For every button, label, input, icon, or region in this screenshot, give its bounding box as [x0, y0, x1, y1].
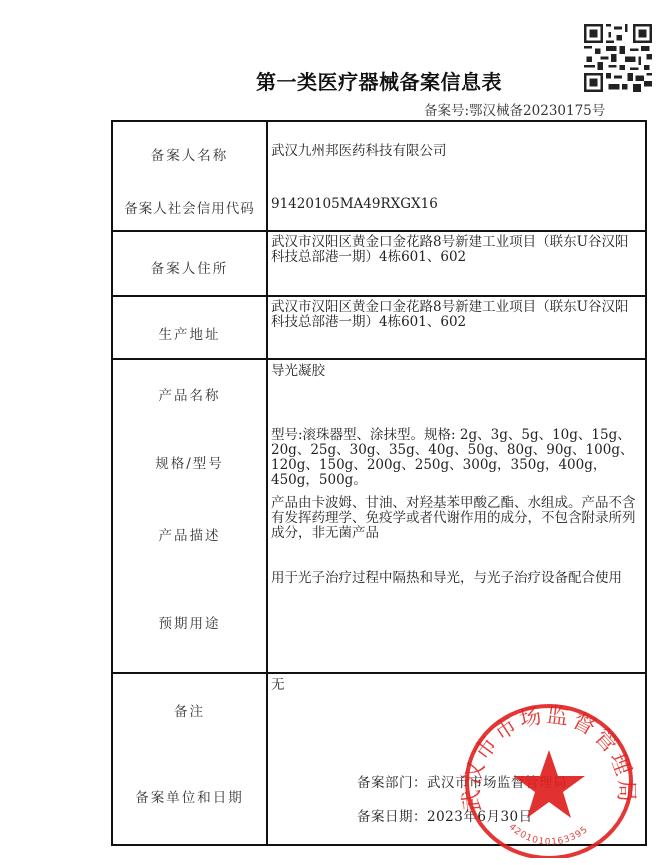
value-intended-use: 用于光子治疗过程中隔热和导光，与光子治疗设备配合使用: [271, 571, 641, 586]
row-divider: [113, 672, 645, 674]
qr-code-icon: [584, 24, 652, 92]
filing-department: 备案部门：武汉市市场监督管理局: [357, 771, 567, 791]
value-spec-model: 型号:滚珠器型、涂抹型。规格: 2g、3g、5g、10g、15g、20g、25g…: [271, 428, 641, 488]
label-applicant-name: 备案人名称: [113, 144, 266, 164]
filing-date: 备案日期：2023年6月30日: [357, 805, 533, 825]
label-spec-model: 规格/型号: [113, 452, 266, 472]
value-applicant-address: 武汉市汉阳区黄金口金花路8号新建工业项目（联东U谷汉阳科技总部港一期）4栋601…: [271, 235, 641, 265]
value-applicant-name: 武汉九州邦医药科技有限公司: [271, 144, 641, 159]
value-production-address: 武汉市汉阳区黄金口金花路8号新建工业项目（联东U谷汉阳科技总部港一期）4栋601…: [271, 300, 641, 330]
value-product-description: 产品由卡波姆、甘油、对羟基苯甲酸乙酯、水组成。产品不含有发挥药理学、免疫学或者代…: [271, 496, 641, 541]
label-intended-use: 预期用途: [113, 612, 266, 632]
row-divider: [113, 230, 645, 232]
label-production-address: 生产地址: [113, 323, 266, 343]
row-divider: [113, 295, 645, 297]
label-product-name: 产品名称: [113, 384, 266, 404]
label-credit-code: 备案人社会信用代码: [113, 197, 266, 217]
label-applicant-address: 备案人住所: [113, 257, 266, 277]
record-number: 备案号:鄂汉械备20230175号: [424, 99, 605, 119]
value-credit-code: 91420105MA49RXGX16: [271, 197, 641, 212]
record-table: 备案人名称 武汉九州邦医药科技有限公司 备案人社会信用代码 91420105MA…: [111, 120, 647, 846]
row-divider: [113, 358, 645, 360]
label-remarks: 备注: [113, 700, 266, 720]
value-product-name: 导光凝胶: [271, 364, 641, 379]
label-filing-unit-date: 备案单位和日期: [113, 786, 266, 806]
value-remarks: 无: [271, 678, 641, 693]
page-title: 第一类医疗器械备案信息表: [256, 66, 502, 95]
label-product-description: 产品描述: [113, 524, 266, 544]
